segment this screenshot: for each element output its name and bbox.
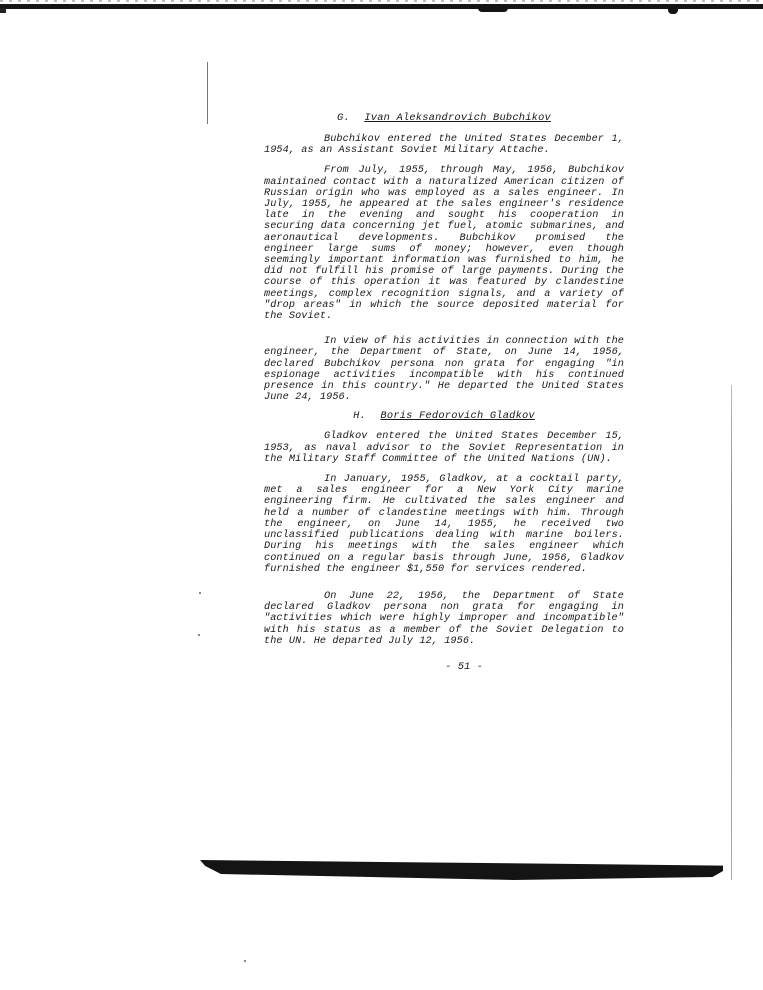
scan-top-dots xyxy=(0,0,763,2)
scan-right-page-edge xyxy=(731,385,732,880)
document-page: G. Ivan Aleksandrovich Bubchikov Bubchik… xyxy=(264,112,624,673)
paragraph: From July, 1955, through May, 1956, Bubc… xyxy=(264,165,624,322)
scan-speck xyxy=(199,592,201,594)
paragraph: Gladkov entered the United States Decemb… xyxy=(264,431,624,465)
section-label: G. xyxy=(337,112,350,124)
section-heading-h: H. Boris Fedorovich Gladkov xyxy=(264,410,624,422)
paragraph: On June 22, 1956, the Department of Stat… xyxy=(264,591,624,647)
page-number: - 51 - xyxy=(264,661,624,673)
scan-speck xyxy=(244,960,246,962)
section-label: H. xyxy=(353,410,366,422)
scan-top-edge-shadow xyxy=(0,4,763,9)
section-subject-name: Boris Fedorovich Gladkov xyxy=(380,410,534,422)
scan-speck xyxy=(198,634,200,636)
scan-bottom-edge-shadow xyxy=(200,860,723,880)
section-subject-name: Ivan Aleksandrovich Bubchikov xyxy=(364,112,551,124)
scan-left-margin-line xyxy=(207,62,208,124)
section-heading-g: G. Ivan Aleksandrovich Bubchikov xyxy=(264,112,624,124)
paragraph: Bubchikov entered the United States Dece… xyxy=(264,134,624,156)
scan-top-edge-mark xyxy=(668,8,678,14)
scan-top-edge-mark xyxy=(478,8,508,12)
paragraph: In view of his activities in connection … xyxy=(264,336,624,403)
scan-corner-mark xyxy=(0,8,6,13)
paragraph: In January, 1955, Gladkov, at a cocktail… xyxy=(264,474,624,575)
